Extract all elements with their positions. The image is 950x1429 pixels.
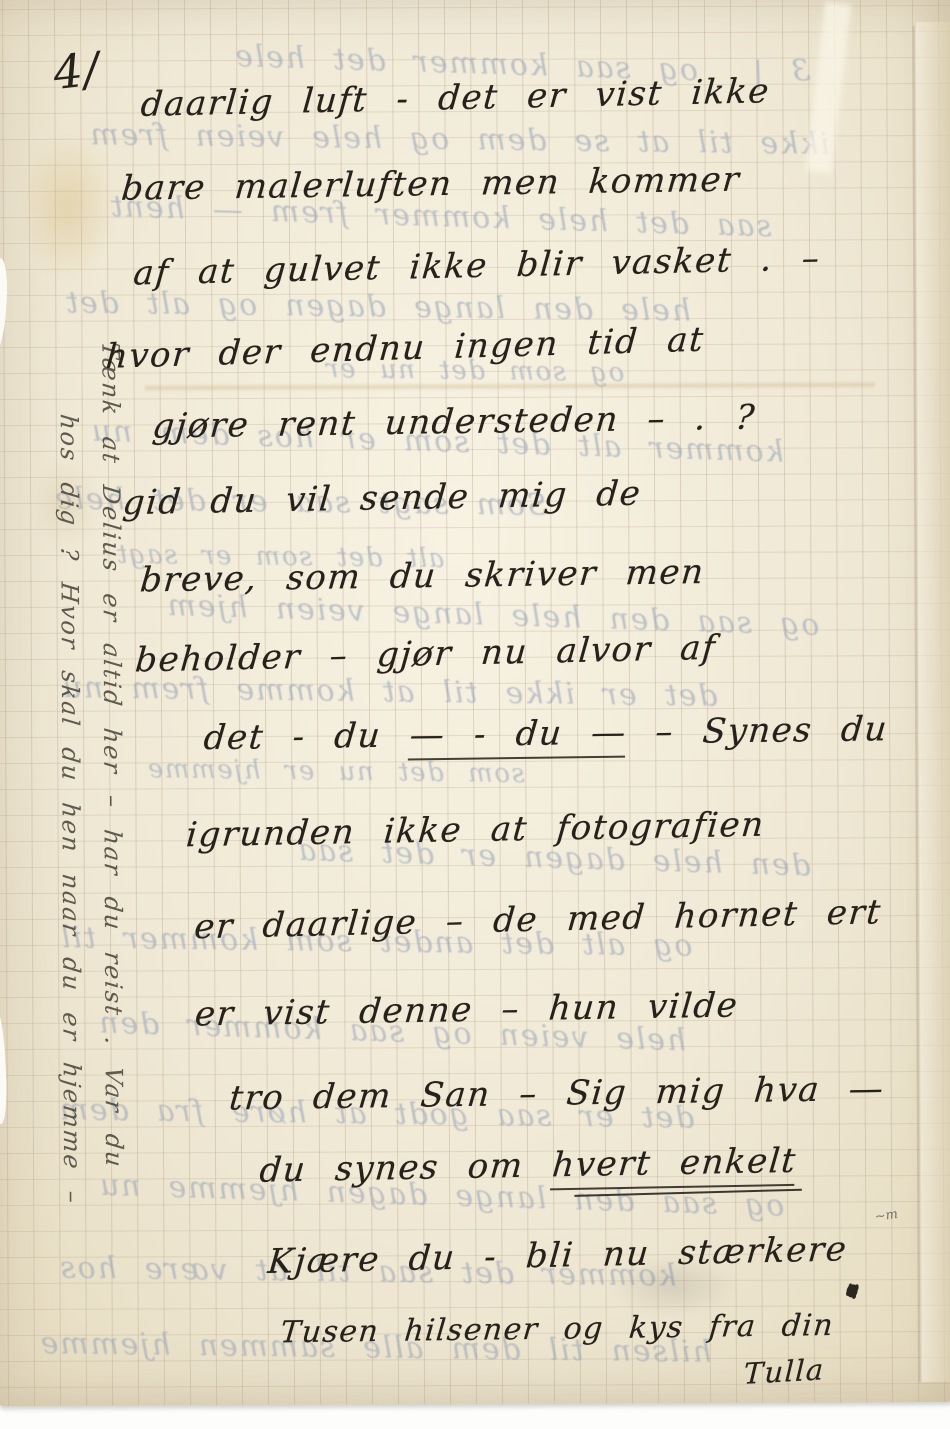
letter-line: er daarlige – de med hornet ert [193,892,884,947]
letter-line: Kjære du - bli nu stærkere [266,1229,849,1282]
letter-text-layer: daarlig luft - det er vist ikkebare male… [0,0,950,1406]
letter-line: det - du — - du — – Synes du [202,709,890,758]
letter-line: af at gulvet ikke blir vasket . – [132,238,822,293]
letter-line: du synes om hvert enkelt [258,1141,798,1191]
letter-line: Tusen hilsener og kys fra din [279,1308,836,1350]
letter-paper: 3 |og saa kommer det heleikke til at se … [0,0,950,1406]
letter-line: igrunden ikke at fotografien [184,805,766,856]
letter-line: beholder – gjør nu alvor af [134,628,718,681]
letter-line: gjøre rent understeden – . ? [151,398,758,447]
letter-line: Tulla [743,1352,825,1391]
letter-line: hvor der endnu ingen tid at [104,320,706,377]
letter-photo: { "document_type": "handwritten letter p… [0,0,950,1429]
letter-line: bare malerluften men kommer [120,160,742,209]
underlined-phrase: hvert enkelt [550,1141,798,1190]
letter-line: er vist denne – hun vilde [193,986,740,1035]
letter-line: tro dem San – Sig mig hva — [228,1069,887,1119]
letter-line: breve, som du skriver men [138,552,706,600]
letter-line: daarlig luft - det er vist ikke [139,71,771,125]
underlined-phrase: — - du — [408,713,629,761]
letter-line: gid du vil sende mig de [121,474,643,524]
